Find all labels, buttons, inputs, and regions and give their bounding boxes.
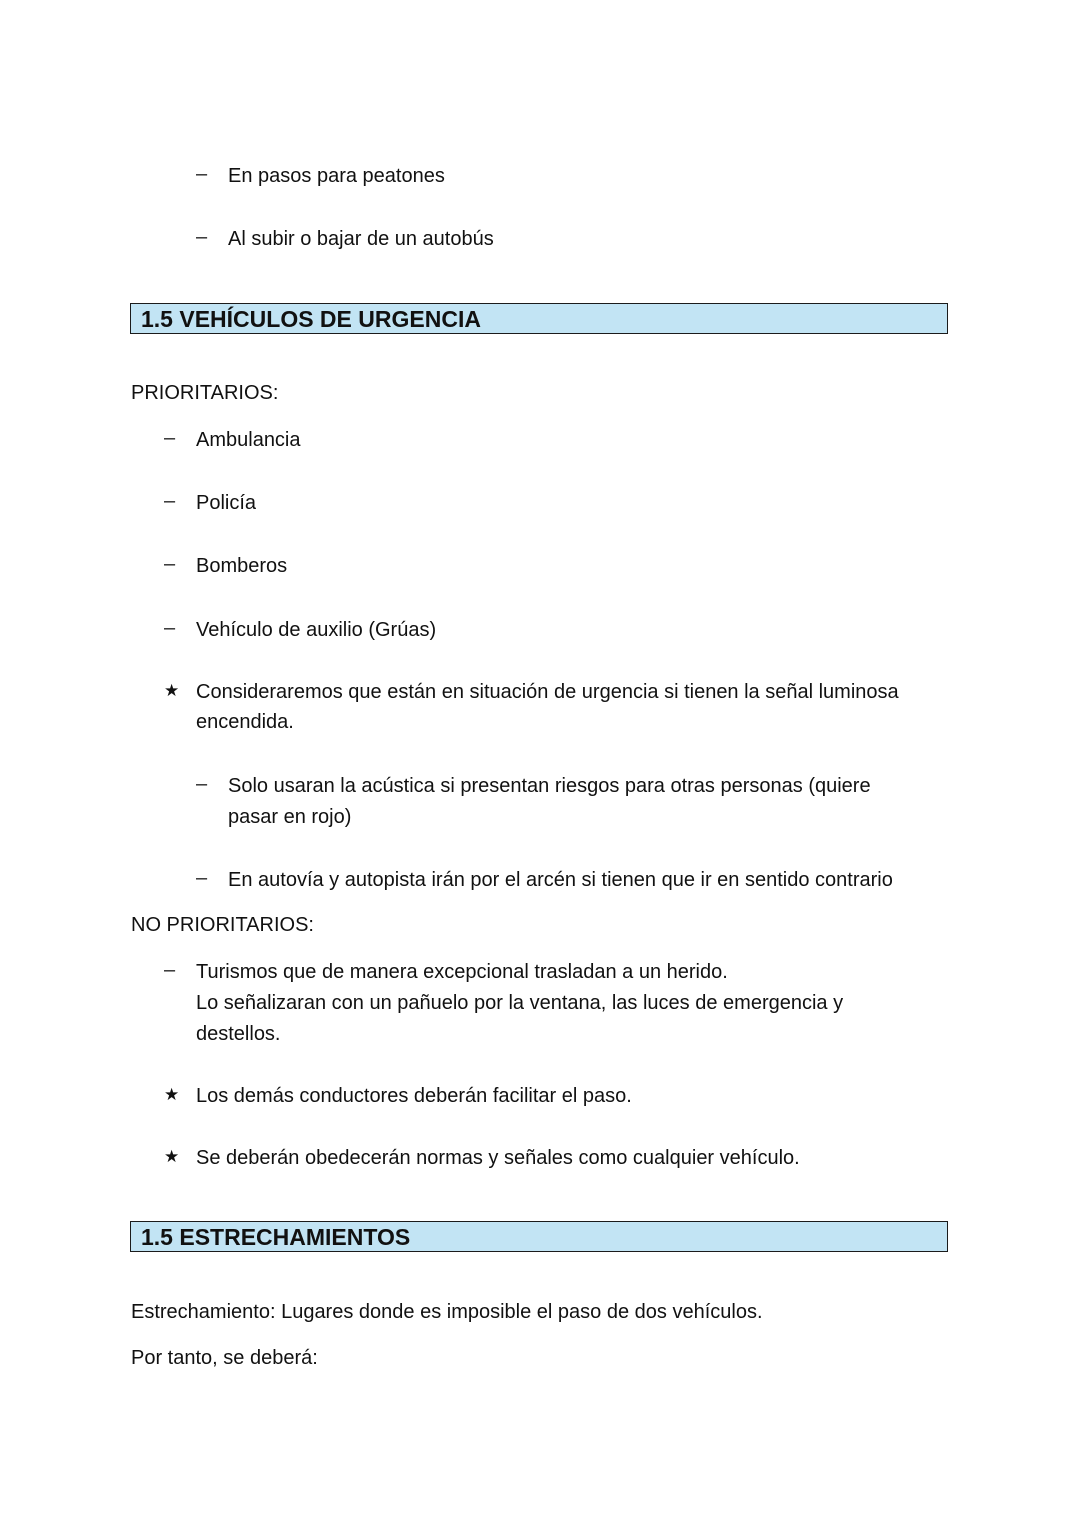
dash-bullet-icon: – bbox=[164, 427, 176, 450]
star-bullet-icon: ★ bbox=[164, 1147, 179, 1167]
no-prioritarios-label: NO PRIORITARIOS: bbox=[131, 910, 314, 941]
dash-bullet-icon: – bbox=[164, 490, 176, 513]
list-item-line: Turismos que de manera excepcional trasl… bbox=[196, 957, 728, 988]
sub-list-item-line: pasar en rojo) bbox=[228, 802, 351, 833]
star-note-line: encendida. bbox=[196, 707, 294, 738]
star-note-line: Consideraremos que están en situación de… bbox=[196, 677, 899, 708]
list-item: Bomberos bbox=[196, 551, 287, 582]
prioritarios-label: PRIORITARIOS: bbox=[131, 378, 278, 409]
sub-list-item-line: Solo usaran la acústica si presentan rie… bbox=[228, 771, 871, 802]
dash-bullet-icon: – bbox=[164, 617, 176, 640]
dash-bullet-icon: – bbox=[196, 226, 208, 249]
dash-bullet-icon: – bbox=[196, 163, 208, 186]
definition-text: Estrechamiento: Lugares donde es imposib… bbox=[131, 1297, 763, 1328]
dash-bullet-icon: – bbox=[196, 773, 208, 796]
sub-list-item-line: En autovía y autopista irán por el arcén… bbox=[228, 865, 893, 896]
dash-bullet-icon: – bbox=[196, 867, 208, 890]
list-item: En pasos para peatones bbox=[228, 161, 445, 192]
list-item: Vehículo de auxilio (Grúas) bbox=[196, 615, 436, 646]
section-heading-estrechamientos: 1.5 ESTRECHAMIENTOS bbox=[130, 1221, 948, 1252]
star-bullet-icon: ★ bbox=[164, 1085, 179, 1105]
section-heading-text: 1.5 ESTRECHAMIENTOS bbox=[141, 1222, 410, 1252]
list-item: Policía bbox=[196, 488, 256, 519]
star-bullet-icon: ★ bbox=[164, 681, 179, 701]
section-heading-vehiculos-urgencia: 1.5 VEHÍCULOS DE URGENCIA bbox=[130, 303, 948, 334]
followup-text: Por tanto, se deberá: bbox=[131, 1343, 318, 1374]
list-item: Ambulancia bbox=[196, 425, 301, 456]
list-item: Al subir o bajar de un autobús bbox=[228, 224, 494, 255]
dash-bullet-icon: – bbox=[164, 959, 176, 982]
list-item-line: destellos. bbox=[196, 1019, 281, 1050]
star-note: Los demás conductores deberán facilitar … bbox=[196, 1081, 632, 1112]
star-note: Se deberán obedecerán normas y señales c… bbox=[196, 1143, 800, 1174]
dash-bullet-icon: – bbox=[164, 553, 176, 576]
list-item-line: Lo señalizaran con un pañuelo por la ven… bbox=[196, 988, 843, 1019]
section-heading-text: 1.5 VEHÍCULOS DE URGENCIA bbox=[141, 304, 481, 334]
